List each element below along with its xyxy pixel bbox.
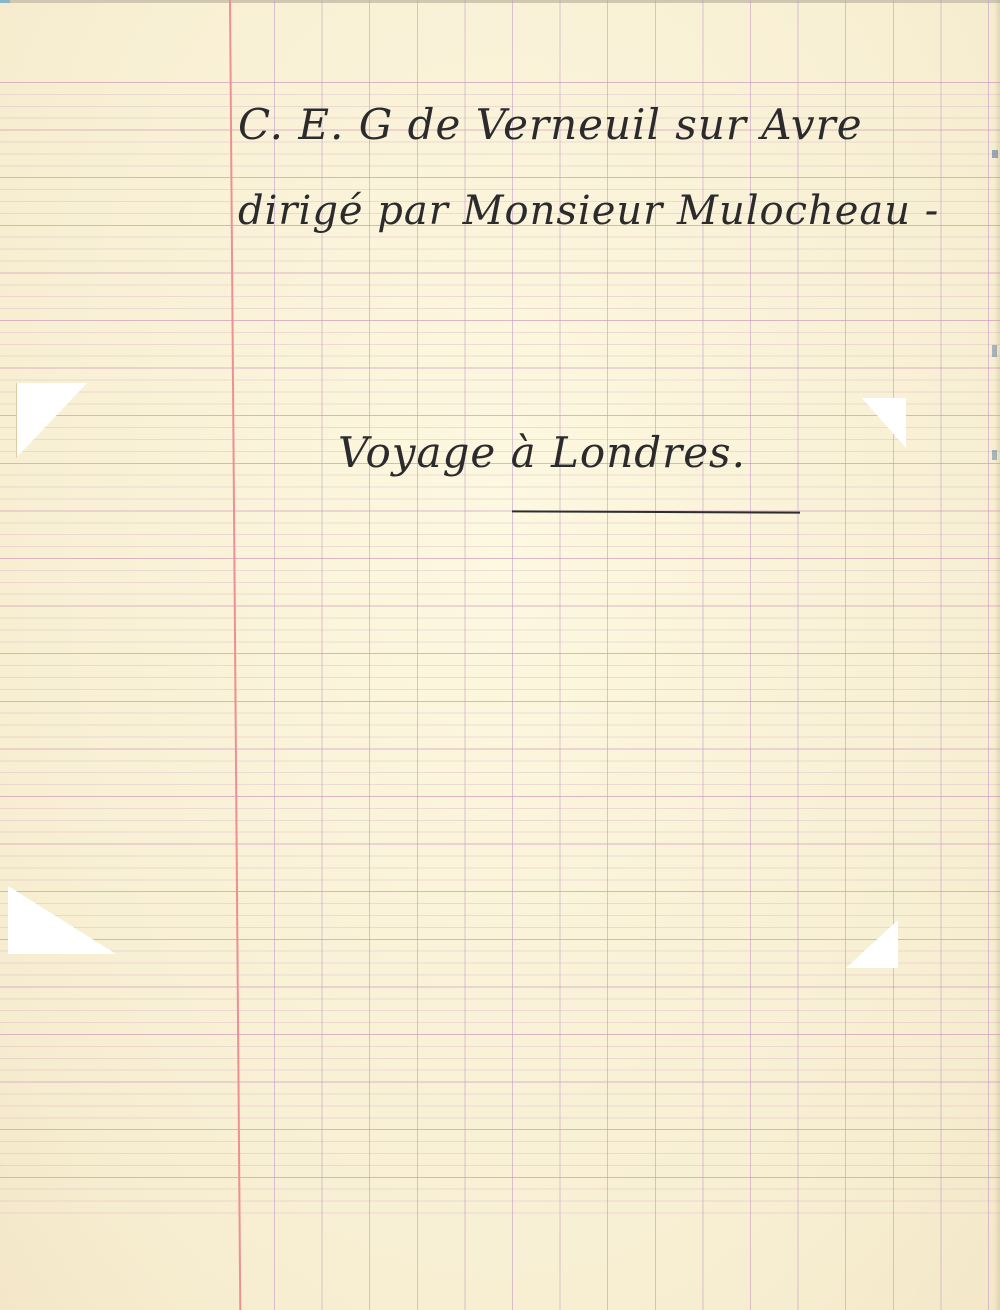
- page-right-edge: [994, 0, 1000, 1310]
- bleed-through-mark: [992, 450, 997, 460]
- bleed-through-mark: [992, 345, 997, 357]
- cover-edge-mark: [0, 0, 10, 3]
- page-title: Voyage à Londres.: [338, 428, 746, 477]
- bleed-through-mark: [992, 150, 998, 158]
- header-school-line: C. E. G de Verneuil sur Avre: [238, 100, 863, 149]
- notebook-page: C. E. G de Verneuil sur Avre dirigé par …: [0, 0, 1000, 1310]
- header-director-line: dirigé par Monsieur Mulocheau -: [238, 188, 939, 234]
